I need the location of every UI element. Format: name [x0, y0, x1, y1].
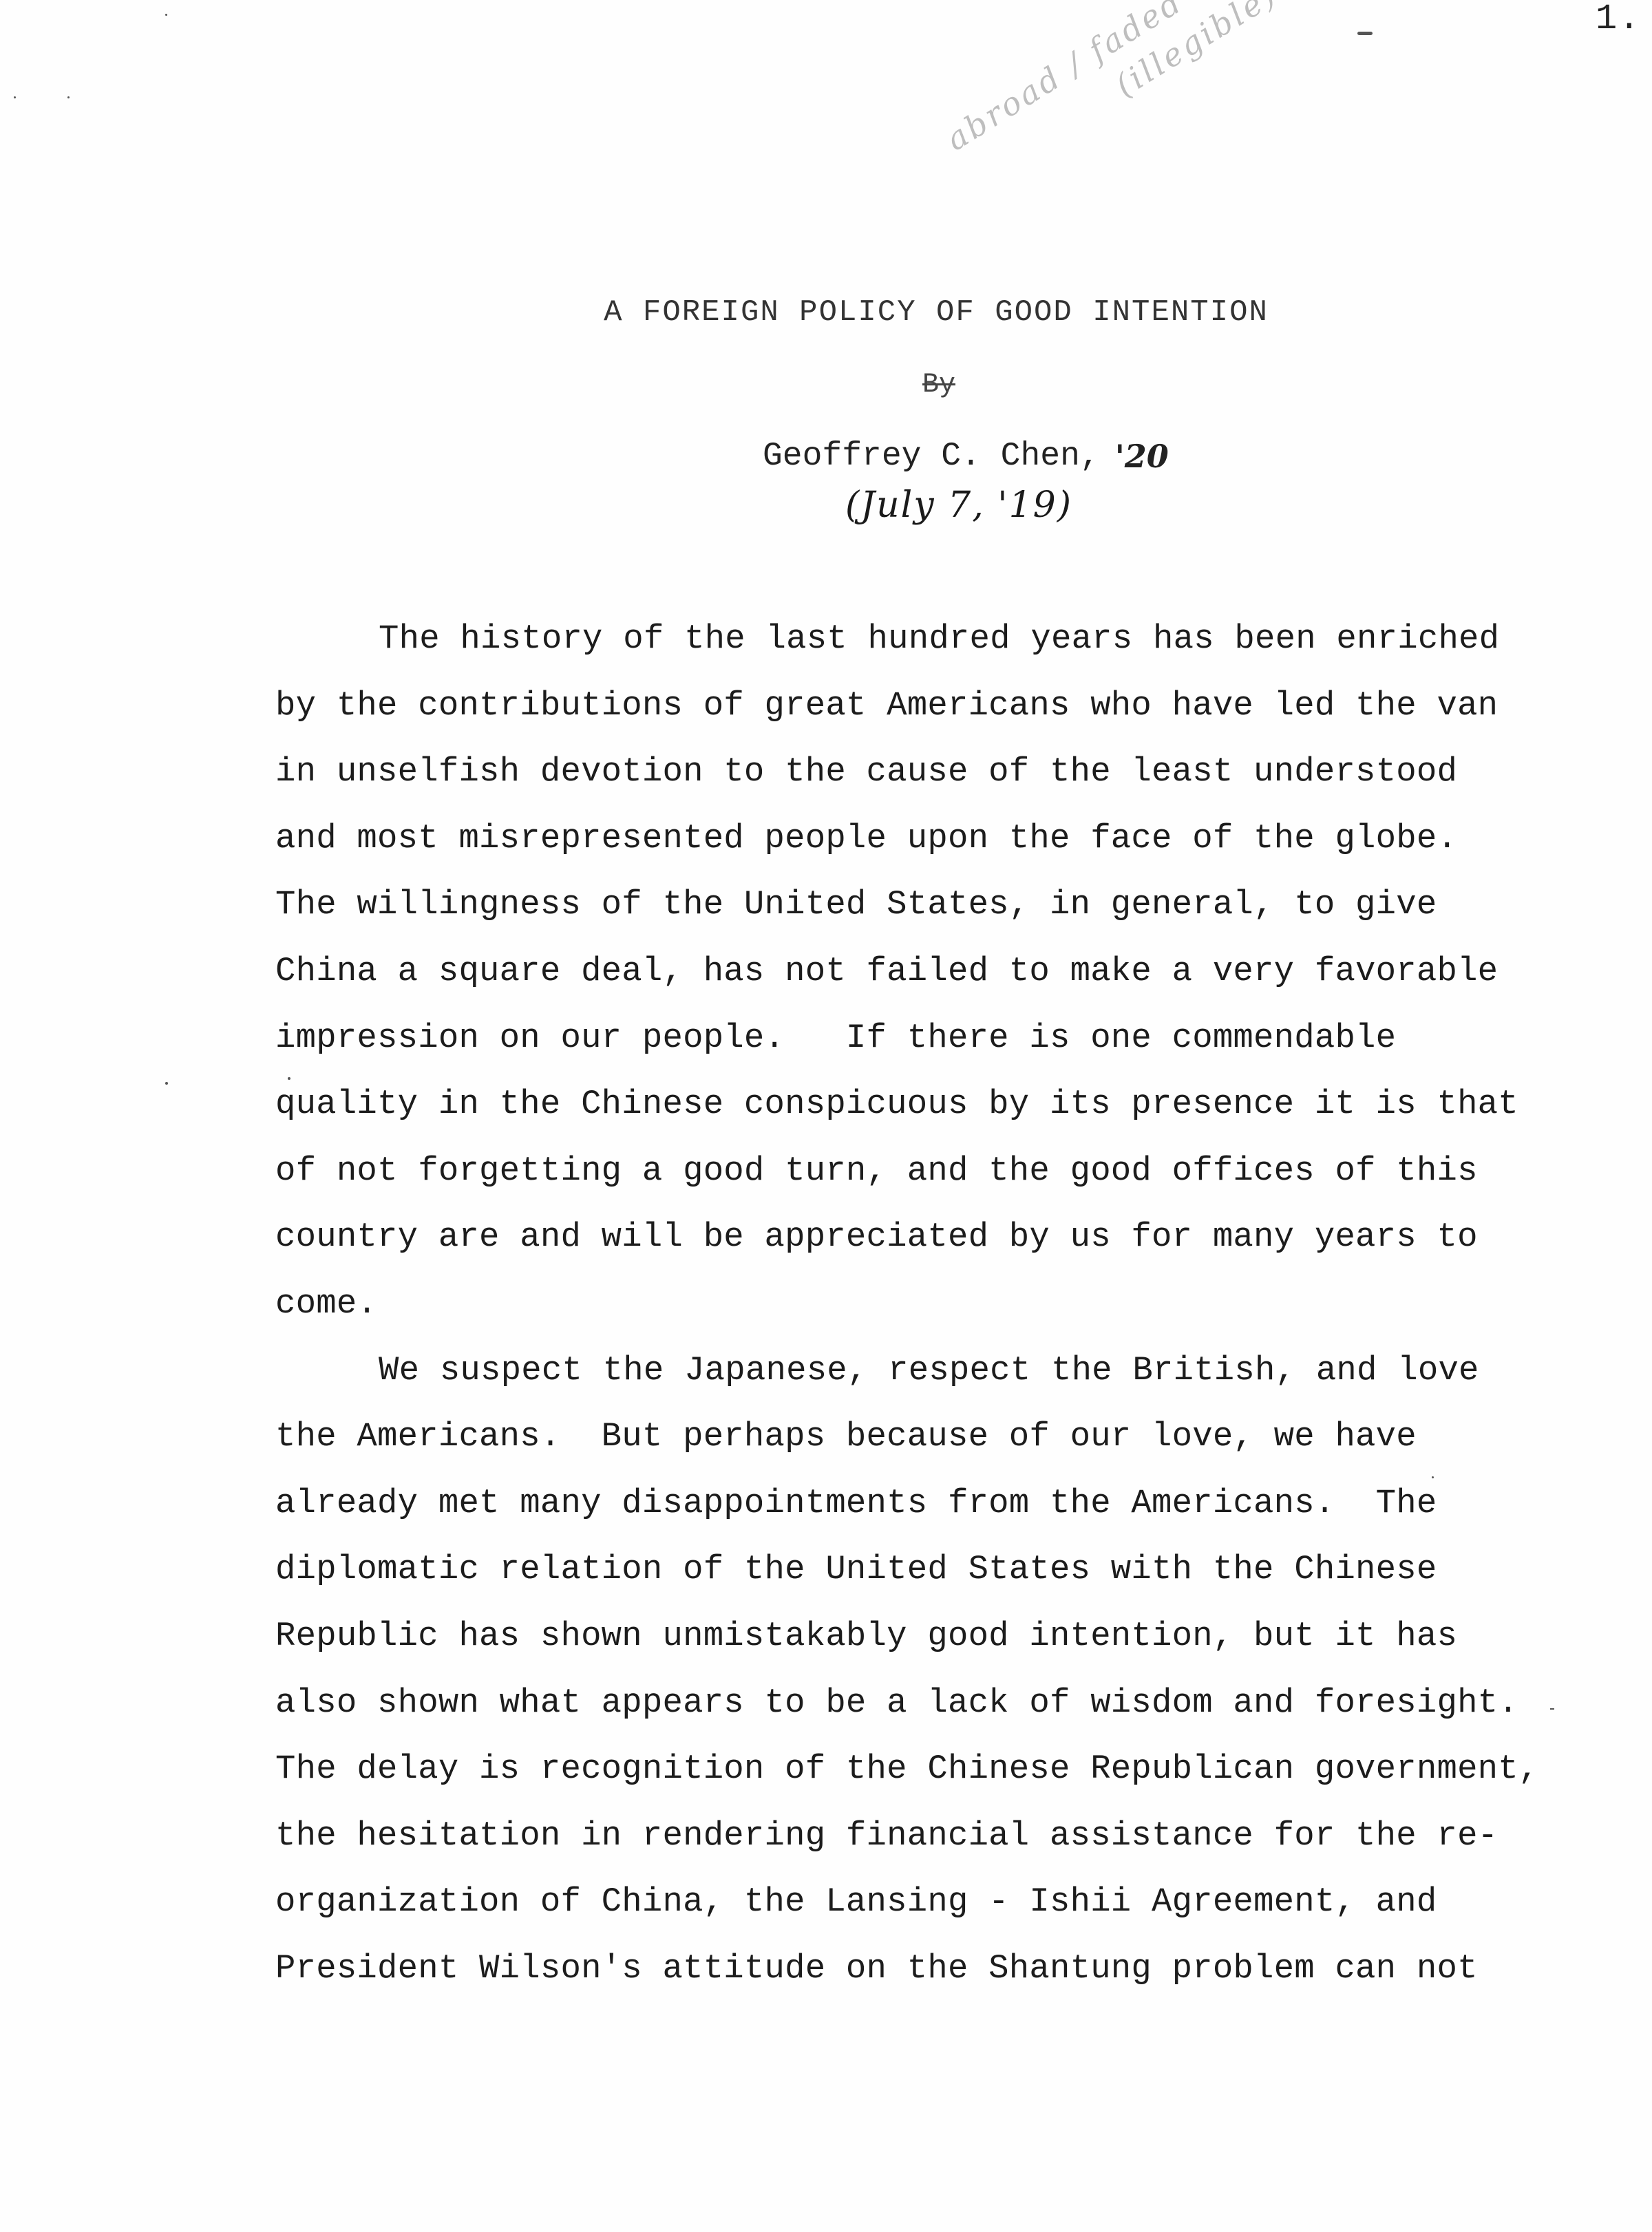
text-line: and most misrepresented people upon the …: [275, 805, 1583, 872]
text-line: impression on our people. If there is on…: [275, 1005, 1583, 1072]
page-number: 1.: [1596, 1, 1641, 37]
text-line: come.: [275, 1271, 1583, 1337]
document-body: The history of the last hundred years ha…: [275, 606, 1583, 2001]
paragraph-2: We suspect the Japanese, respect the Bri…: [275, 1337, 1583, 2002]
text-line: organization of China, the Lansing - Ish…: [275, 1869, 1583, 1935]
author-name: Geoffrey C. Chen,: [763, 438, 1100, 475]
paragraph-1: The history of the last hundred years ha…: [275, 606, 1583, 1337]
text-line: of not forgetting a good turn, and the g…: [275, 1138, 1583, 1204]
text-line: the Americans. But perhaps because of ou…: [275, 1403, 1583, 1470]
text-line: quality in the Chinese conspicuous by it…: [275, 1071, 1583, 1138]
text-line: President Wilson's attitude on the Shant…: [275, 1935, 1583, 2002]
scan-speck: [14, 96, 16, 98]
class-year-handwritten: '20: [1115, 438, 1169, 475]
text-line: also shown what appears to be a lack of …: [275, 1670, 1583, 1736]
text-line: Republic has shown unmistakably good int…: [275, 1603, 1583, 1670]
text-line: by the contributions of great Americans …: [275, 672, 1583, 739]
scan-speck: [1550, 1708, 1554, 1710]
text-line: The history of the last hundred years ha…: [275, 606, 1583, 672]
scan-speck: [165, 14, 167, 16]
text-line: The delay is recognition of the Chinese …: [275, 1736, 1583, 1803]
document-page: 1. abroad / faded (illegible) A FOREIGN …: [0, 0, 1652, 2232]
text-line: already met many disappointments from th…: [275, 1470, 1583, 1537]
scan-speck: [288, 1077, 290, 1080]
text-line: in unselfish devotion to the cause of th…: [275, 738, 1583, 805]
document-title: A FOREIGN POLICY OF GOOD INTENTION: [0, 297, 1652, 328]
author-byline: Geoffrey C. Chen,'20: [763, 438, 1169, 473]
scan-speck: [165, 1082, 168, 1085]
text-line: The willingness of the United States, in…: [275, 871, 1583, 938]
scan-speck: [1357, 32, 1373, 35]
text-line: We suspect the Japanese, respect the Bri…: [275, 1337, 1583, 1404]
text-line: China a square deal, has not failed to m…: [275, 938, 1583, 1005]
text-line: country are and will be appreciated by u…: [275, 1204, 1583, 1271]
handwritten-date: (July 7, '19): [845, 487, 1072, 523]
scan-speck: [1432, 1476, 1434, 1478]
scan-speck: [67, 96, 70, 98]
struck-by-label: By: [922, 372, 955, 399]
text-line: the hesitation in rendering financial as…: [275, 1803, 1583, 1869]
text-line: diplomatic relation of the United States…: [275, 1536, 1583, 1603]
handwritten-margin-note: abroad / faded (illegible): [938, 0, 1404, 198]
